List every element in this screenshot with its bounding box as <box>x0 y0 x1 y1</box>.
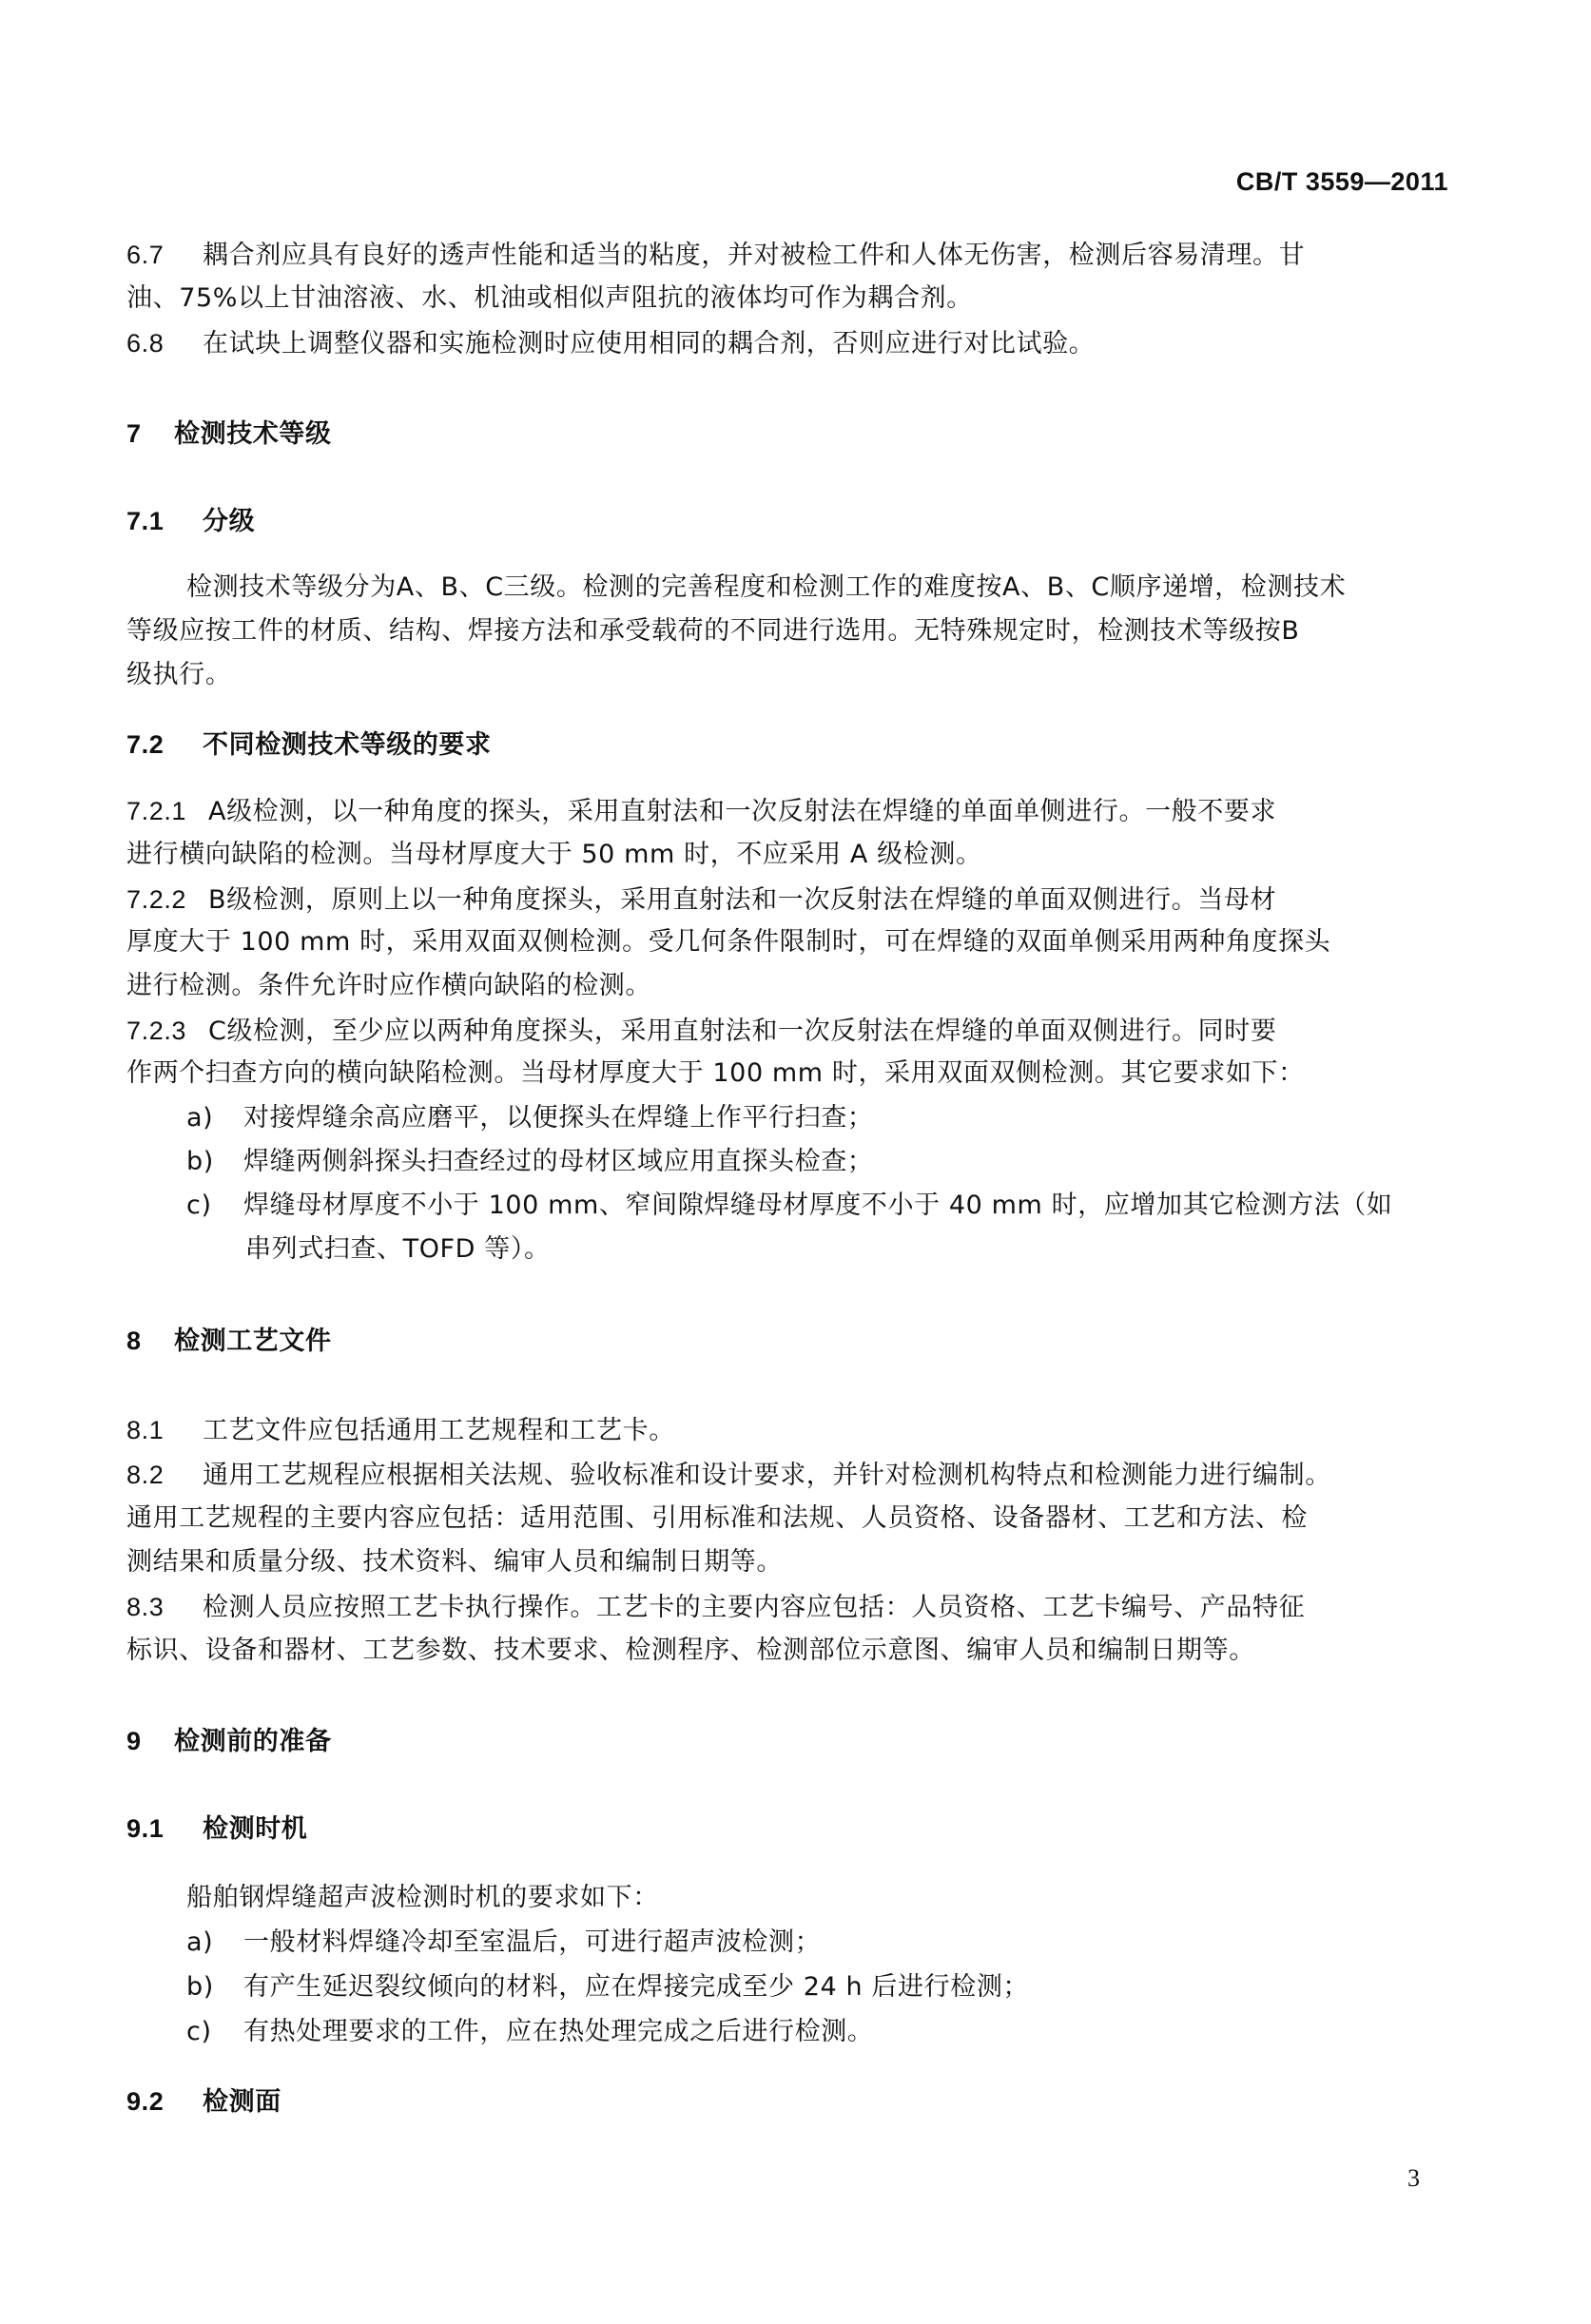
clause-text: 在试块上调整仪器和实施检测时应使用相同的耦合剂，否则应进行对比试验。 <box>203 329 1095 358</box>
section-title: 不同检测技术等级的要求 <box>203 730 492 760</box>
section-number: 8 <box>126 1326 174 1356</box>
clause-text: A级检测，以一种角度的探头，采用直射法和一次反射法在焊缝的单面单侧进行。一般不要… <box>208 797 1276 826</box>
section-9-2-heading: 9.2检测面 <box>126 2086 1458 2118</box>
section-7-1-heading: 7.1分级 <box>126 506 1458 537</box>
section-9-1-heading: 9.1检测时机 <box>126 1813 1458 1845</box>
section-title: 分级 <box>203 507 255 536</box>
clause-number: 7.2.1 <box>126 796 208 826</box>
paragraph-9-1-intro: 船舶钢焊缝超声波检测时机的要求如下： <box>186 1883 1518 1913</box>
clause-text: 检测人员应按照工艺卡执行操作。工艺卡的主要内容应包括：人员资格、工艺卡编号、产品… <box>203 1593 1305 1622</box>
section-number: 9.1 <box>126 1813 203 1844</box>
section-title: 检测面 <box>203 2087 281 2117</box>
section-7-2-heading: 7.2不同检测技术等级的要求 <box>126 729 1458 761</box>
list-label: b) <box>186 1972 243 2003</box>
clause-number: 7.2.2 <box>126 884 208 915</box>
clause-number: 6.8 <box>126 328 203 358</box>
clause-8-1-line-1: 8.1工艺文件应包括通用工艺规程和工艺卡。 <box>126 1415 1458 1446</box>
list-label: a) <box>186 1103 243 1133</box>
clause-7-2-3-line-1: 7.2.3C级检测，至少应以两种角度探头，采用直射法和一次反射法在焊缝的单面双侧… <box>126 1016 1458 1047</box>
clause-text: C级检测，至少应以两种角度探头，采用直射法和一次反射法在焊缝的单面双侧进行。同时… <box>208 1017 1276 1046</box>
clause-7-2-1-line-2: 进行横向缺陷的检测。当母材厚度大于 50 mm 时，不应采用 A 级检测。 <box>126 840 1458 870</box>
clause-7-2-1-line-1: 7.2.1A级检测，以一种角度的探头，采用直射法和一次反射法在焊缝的单面单侧进行… <box>126 796 1458 827</box>
section-title: 检测工艺文件 <box>174 1327 332 1356</box>
clause-8-2-line-1: 8.2通用工艺规程应根据相关法规、验收标准和设计要求，并针对检测机构特点和检测能… <box>126 1460 1458 1491</box>
clause-7-2-3-line-2: 作两个扫查方向的横向缺陷检测。当母材厚度大于 100 mm 时，采用双面双侧检测… <box>126 1058 1458 1089</box>
standard-code-header: CB/T 3559—2011 <box>1236 167 1448 197</box>
document-page: CB/T 3559—2011 6.7耦合剂应具有良好的透声性能和适当的粘度，并对… <box>0 0 1591 2324</box>
section-number: 7.2 <box>126 729 203 760</box>
list-item-9-1-a: a)一般材料焊缝冷却至室温后，可进行超声波检测； <box>186 1927 1518 1958</box>
clause-7-2-2-line-2: 厚度大于 100 mm 时，采用双面双侧检测。受几何条件限制时，可在焊缝的双面单… <box>126 927 1458 958</box>
list-text: 有产生延迟裂纹倾向的材料，应在焊接完成至少 24 h 后进行检测； <box>243 1972 1029 2002</box>
paragraph-7-1-line-1: 检测技术等级分为A、B、C三级。检测的完善程度和检测工作的难度按A、B、C顺序递… <box>186 572 1518 603</box>
clause-8-3-line-2: 标识、设备和器材、工艺参数、技术要求、检测程序、检测部位示意图、编审人员和编制日… <box>126 1636 1458 1666</box>
section-number: 9 <box>126 1726 174 1756</box>
clause-8-2-line-3: 测结果和质量分级、技术资料、编审人员和编制日期等。 <box>126 1547 1458 1578</box>
section-title: 检测技术等级 <box>174 419 332 449</box>
paragraph-7-1-line-2: 等级应按工件的材质、结构、焊接方法和承受载荷的不同进行选用。无特殊规定时，检测技… <box>126 616 1458 647</box>
clause-8-2-line-2: 通用工艺规程的主要内容应包括：适用范围、引用标准和法规、人员资格、设备器材、工艺… <box>126 1503 1458 1534</box>
clause-number: 8.3 <box>126 1592 203 1622</box>
clause-number: 8.1 <box>126 1415 203 1445</box>
list-label: a) <box>186 1927 243 1958</box>
list-item-9-1-c: c)有热处理要求的工件，应在热处理完成之后进行检测。 <box>186 2017 1518 2047</box>
section-title: 检测前的准备 <box>174 1727 332 1756</box>
clause-text: 耦合剂应具有良好的透声性能和适当的粘度，并对被检工件和人体无伤害，检测后容易清理… <box>203 241 1305 270</box>
list-text: 对接焊缝余高应磨平，以便探头在焊缝上作平行扫查； <box>243 1103 873 1133</box>
clause-8-3-line-1: 8.3检测人员应按照工艺卡执行操作。工艺卡的主要内容应包括：人员资格、工艺卡编号… <box>126 1592 1458 1623</box>
clause-6-8-line-1: 6.8在试块上调整仪器和实施检测时应使用相同的耦合剂，否则应进行对比试验。 <box>126 328 1458 359</box>
clause-text: 通用工艺规程应根据相关法规、验收标准和设计要求，并针对检测机构特点和检测能力进行… <box>203 1461 1331 1490</box>
list-text: 有热处理要求的工件，应在热处理完成之后进行检测。 <box>243 2017 873 2046</box>
clause-6-7-line-2: 油、75%以上甘油溶液、水、机油或相似声阻抗的液体均可作为耦合剂。 <box>126 283 1458 314</box>
clause-number: 7.2.3 <box>126 1016 208 1046</box>
page-number: 3 <box>1407 2164 1420 2193</box>
paragraph-7-1-line-3: 级执行。 <box>126 660 1458 690</box>
clause-text: B级检测，原则上以一种角度探头，采用直射法和一次反射法在焊缝的单面双侧进行。当母… <box>208 885 1276 915</box>
section-number: 7.1 <box>126 506 203 536</box>
list-text: 焊缝母材厚度不小于 100 mm、窄间隙焊缝母材厚度不小于 40 mm 时，应增… <box>243 1191 1392 1220</box>
clause-text: 工艺文件应包括通用工艺规程和工艺卡。 <box>203 1416 675 1445</box>
section-number: 9.2 <box>126 2086 203 2117</box>
list-item-7-2-3-b: b)焊缝两侧斜探头扫查经过的母材区域应用直探头检查； <box>186 1147 1518 1177</box>
clause-6-7-line-1: 6.7耦合剂应具有良好的透声性能和适当的粘度，并对被检工件和人体无伤害，检测后容… <box>126 240 1458 271</box>
list-item-9-1-b: b)有产生延迟裂纹倾向的材料，应在焊接完成至少 24 h 后进行检测； <box>186 1972 1518 2003</box>
list-item-7-2-3-c-continuation: 串列式扫查、TOFD 等）。 <box>245 1234 1577 1265</box>
list-text: 一般材料焊缝冷却至室温后，可进行超声波检测； <box>243 1927 821 1957</box>
clause-number: 8.2 <box>126 1460 203 1490</box>
section-number: 7 <box>126 418 174 449</box>
clause-7-2-2-line-1: 7.2.2B级检测，原则上以一种角度探头，采用直射法和一次反射法在焊缝的单面双侧… <box>126 884 1458 916</box>
list-item-7-2-3-c: c)焊缝母材厚度不小于 100 mm、窄间隙焊缝母材厚度不小于 40 mm 时，… <box>186 1191 1518 1221</box>
section-7-heading: 7检测技术等级 <box>126 418 1458 450</box>
clause-7-2-2-line-3: 进行检测。条件允许时应作横向缺陷的检测。 <box>126 971 1458 1001</box>
list-item-7-2-3-a: a)对接焊缝余高应磨平，以便探头在焊缝上作平行扫查； <box>186 1103 1518 1133</box>
section-8-heading: 8检测工艺文件 <box>126 1326 1458 1357</box>
section-9-heading: 9检测前的准备 <box>126 1726 1458 1757</box>
list-text: 焊缝两侧斜探头扫查经过的母材区域应用直探头检查； <box>243 1147 873 1176</box>
section-title: 检测时机 <box>203 1814 307 1844</box>
clause-number: 6.7 <box>126 240 203 270</box>
list-label: b) <box>186 1147 243 1177</box>
list-label: c) <box>186 1191 243 1221</box>
list-label: c) <box>186 2017 243 2047</box>
